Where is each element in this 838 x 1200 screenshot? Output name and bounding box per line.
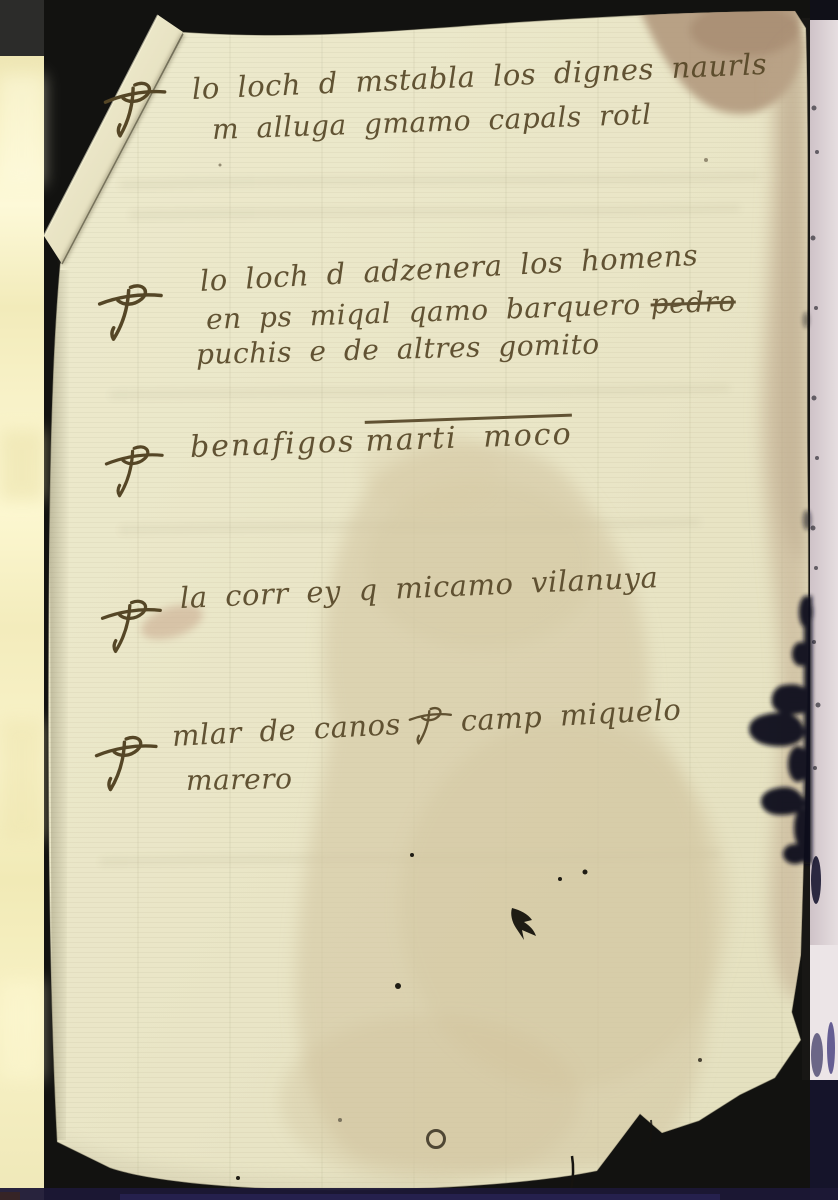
entry-line: lo loch d adzenera los homens — [199, 238, 699, 298]
paraph-icon — [98, 590, 166, 656]
paraph-icon — [91, 725, 162, 795]
entry-line: benafigosmarti moco — [189, 417, 573, 465]
entry-line-text: en ps miqal qamo barquero — [205, 288, 641, 336]
struck-word: pedro — [650, 285, 736, 321]
paraph-icon — [408, 699, 454, 747]
entry-line: puchis e de altres gomito — [196, 327, 601, 371]
entry-4: la corr ey q micamo vilanuya — [0, 0, 838, 1200]
entry-line: m alluga gmamo capals rotl — [211, 98, 652, 146]
entry-line: mlar de canoscamp miquelo — [171, 687, 683, 760]
paraph-icon — [102, 435, 169, 500]
entry-line: la corr ey q micamo vilanuya — [179, 560, 659, 615]
handwriting-layer: lo loch d mstabla los dignes naurls m al… — [0, 0, 838, 1200]
scan-photo: lo loch d mstabla los dignes naurls m al… — [0, 0, 838, 1200]
struck-word: marti moco — [365, 417, 573, 459]
paraph-icon — [101, 71, 171, 141]
entry-line: lo loch d mstabla los dignes naurls — [191, 47, 768, 106]
entry-2: lo loch d adzenera los homens en ps miqa… — [0, 0, 838, 1200]
entry-line-text: mlar de canos — [171, 707, 402, 753]
entry-line: marero — [186, 762, 293, 797]
entry-line-text: camp miquelo — [460, 692, 682, 738]
entry-3: benafigosmarti moco — [0, 0, 838, 1200]
entry-line: en ps miqal qamo barqueropedro — [205, 285, 736, 336]
entry-5: mlar de canoscamp miquelo marero — [0, 0, 838, 1200]
paraph-icon — [94, 274, 168, 345]
entry-line-text: benafigos — [189, 424, 356, 465]
entry-1: lo loch d mstabla los dignes naurls m al… — [0, 0, 838, 1200]
